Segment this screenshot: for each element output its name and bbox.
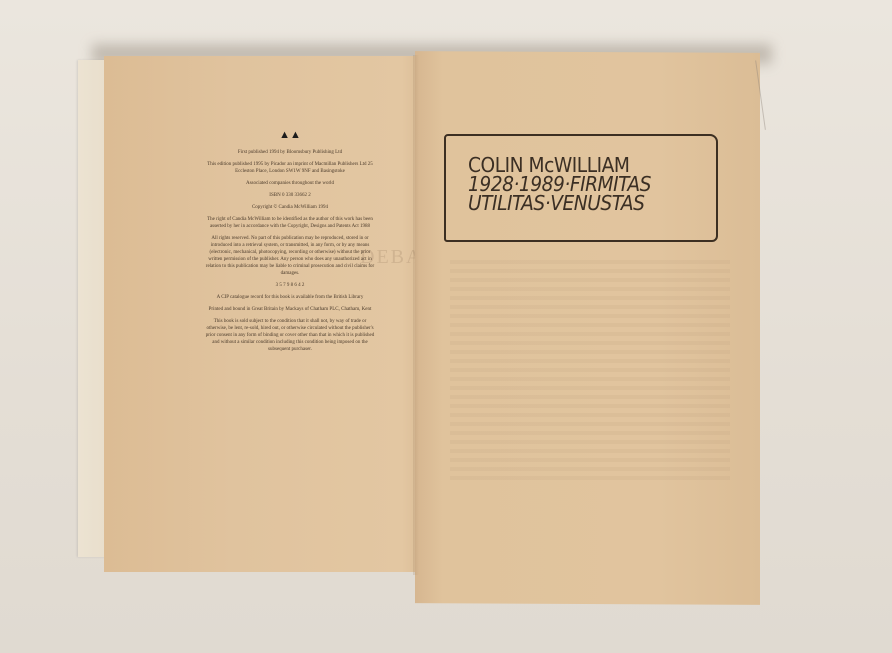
imprint-line: This book is sold subject to the conditi… <box>205 318 375 353</box>
isbn: ISBN 0 330 33662 2 <box>205 192 375 199</box>
imprint-line: The right of Candia McWilliam to be iden… <box>205 216 375 230</box>
macmillan-logo-icon: ▲▲ <box>205 130 375 141</box>
imprint-line: All rights reserved. No part of this pub… <box>205 235 375 277</box>
imprint-line: A CIP catalogue record for this book is … <box>205 294 375 301</box>
imprint-line: Printed and bound in Great Britain by Ma… <box>205 306 375 313</box>
copyright: Copyright © Candia McWilliam 1994 <box>205 204 375 211</box>
imprint-line: This edition published 1995 by Picador a… <box>205 161 375 175</box>
inscription-plaque: COLIN McWILLIAM 1928·1989·FIRMITAS UTILI… <box>444 134 718 242</box>
inscription-line: UTILITAS·VENUSTAS <box>468 194 651 213</box>
show-through-text <box>450 260 730 480</box>
imprint-line: Associated companies throughout the worl… <box>205 180 375 187</box>
inscription: COLIN McWILLIAM 1928·1989·FIRMITAS UTILI… <box>468 156 651 213</box>
gutter <box>413 55 419 575</box>
print-line: 3 5 7 9 8 6 4 2 <box>205 282 375 289</box>
imprint-text: ▲▲ First published 1994 by Bloomsbury Pu… <box>205 130 375 358</box>
imprint-line: First published 1994 by Bloomsbury Publi… <box>205 149 375 156</box>
